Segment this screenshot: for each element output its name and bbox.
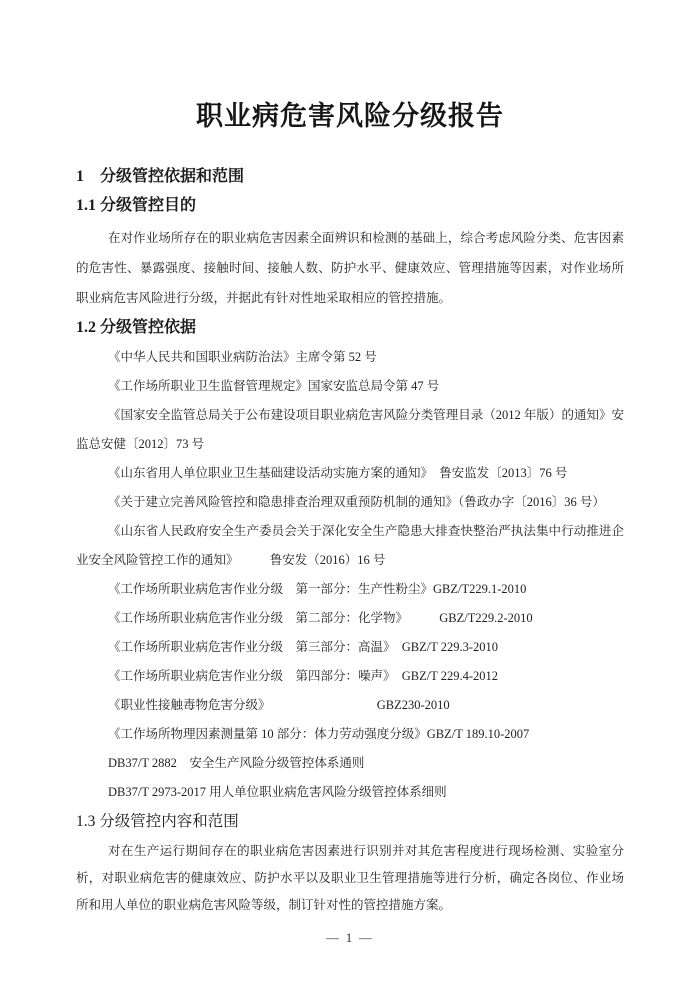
section-1-3-body: 对在生产运行期间存在的职业病危害因素进行识别并对其危害程度进行现场检测、实验室分… bbox=[76, 838, 624, 919]
reference-item: 《工作场所职业病危害作业分级 第四部分：噪声》 GBZ/T 229.4-2012 bbox=[76, 662, 624, 691]
section-1-1-body: 在对作业场所存在的职业病危害因素全面辨识和检测的基础上，综合考虑风险分类、危害因… bbox=[76, 223, 624, 313]
section-1-heading: 1 分级管控依据和范围 bbox=[76, 166, 624, 188]
reference-item: 《工作场所职业卫生监督管理规定》国家安监总局令第 47 号 bbox=[76, 372, 624, 401]
page-number: — 1 — bbox=[76, 931, 624, 946]
reference-item: 《工作场所职业病危害作业分级 第一部分：生产性粉尘》GBZ/T229.1-201… bbox=[76, 575, 624, 604]
document-page: 职业病危害风险分级报告 1 分级管控依据和范围 1.1 分级管控目的 在对作业场… bbox=[0, 0, 700, 990]
reference-item: 《关于建立完善风险管控和隐患排查治理双重预防机制的通知》（鲁政办字〔2016〕3… bbox=[76, 488, 624, 517]
section-1-1-heading: 1.1 分级管控目的 bbox=[76, 195, 624, 217]
reference-list: 《中华人民共和国职业病防治法》主席令第 52 号 《工作场所职业卫生监督管理规定… bbox=[76, 343, 624, 807]
section-1-3-heading: 1.3 分级管控内容和范围 bbox=[76, 811, 624, 833]
reference-item: 《山东省用人单位职业卫生基础建设活动实施方案的通知》 鲁安监发〔2013〕76 … bbox=[76, 459, 624, 488]
reference-item: 《工作场所职业病危害作业分级 第三部分：高温》 GBZ/T 229.3-2010 bbox=[76, 633, 624, 662]
reference-item: 《国家安全监管总局关于公布建设项目职业病危害风险分类管理目录（2012 年版）的… bbox=[76, 401, 624, 459]
reference-item: 《工作场所职业病危害作业分级 第二部分：化学物》 GBZ/T229.2-2010 bbox=[76, 604, 624, 633]
reference-item: DB37/T 2973-2017 用人单位职业病危害风险分级管控体系细则 bbox=[76, 778, 624, 807]
reference-item: DB37/T 2882 安全生产风险分级管控体系通则 bbox=[76, 749, 624, 778]
section-1-2-heading: 1.2 分级管控依据 bbox=[76, 317, 624, 339]
page-title: 职业病危害风险分级报告 bbox=[76, 96, 624, 136]
reference-item: 《中华人民共和国职业病防治法》主席令第 52 号 bbox=[76, 343, 624, 372]
reference-item: 《职业性接触毒物危害分级》 GBZ230-2010 bbox=[76, 691, 624, 720]
reference-item: 《工作场所物理因素测量第 10 部分：体力劳动强度分级》GBZ/T 189.10… bbox=[76, 720, 624, 749]
reference-item: 《山东省人民政府安全生产委员会关于深化安全生产隐患大排查快整治严执法集中行动推进… bbox=[76, 517, 624, 575]
